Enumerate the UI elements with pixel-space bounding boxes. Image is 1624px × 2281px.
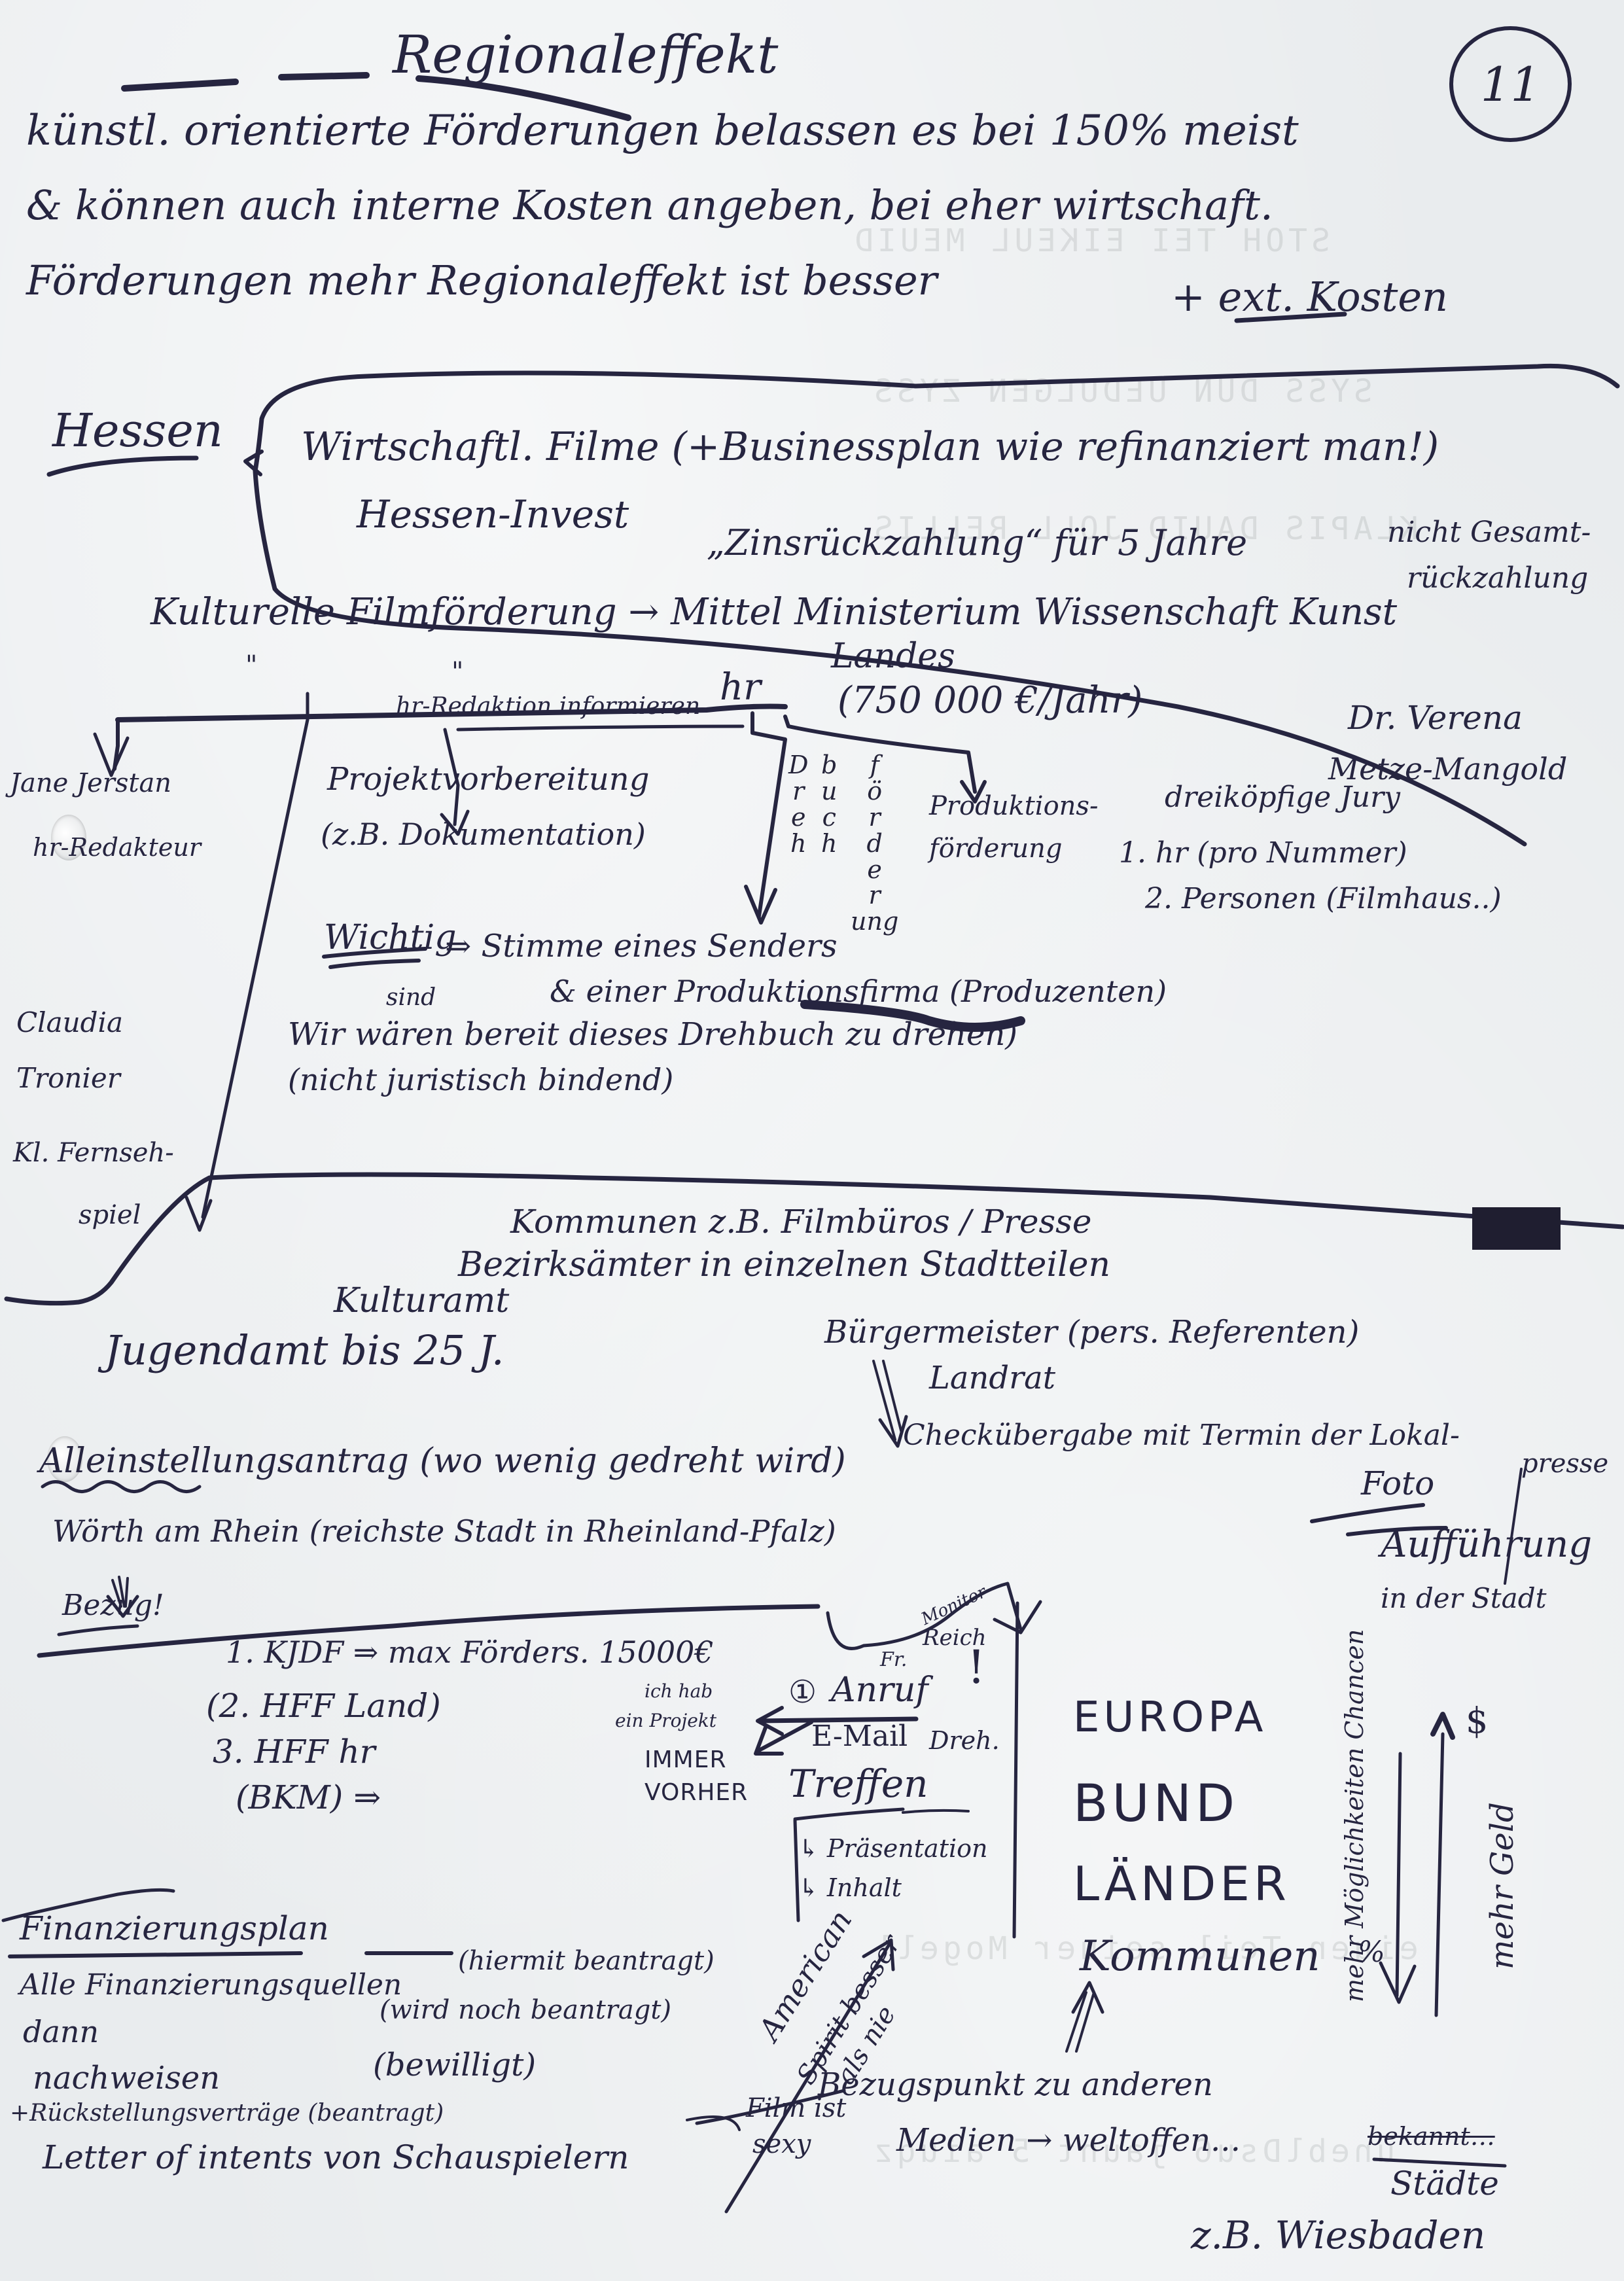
foerder-item-1: 1. KJDF ⇒ max Förders. 15000€: [226, 1636, 714, 1669]
foerder-item-4: (BKM) ⇒: [236, 1780, 381, 1816]
intro-line-2: & können auch interne Kosten angeben, be…: [26, 183, 1273, 228]
email: E-Mail: [811, 1721, 908, 1752]
wiesbaden: z.B. Wiesbaden: [1191, 2215, 1485, 2257]
jugendamt: Jugendamt bis 25 J.: [105, 1328, 504, 1373]
lokalpresse: presse: [1521, 1449, 1608, 1478]
jane-role: hr-Redakteur: [33, 834, 201, 862]
foerder-item-3: 3. HFF hr: [213, 1734, 376, 1770]
level-laender: LÄNDER: [1073, 1858, 1290, 1910]
foerder-item-2: (2. HFF Land): [206, 1688, 441, 1724]
kommunen-line-2: Bezirksämter in einzelnen Stadtteilen: [458, 1247, 1110, 1284]
jane-name: Jane Jerstan: [10, 769, 171, 798]
produktion-foerderung-2: förderung: [929, 834, 1063, 863]
intro-ext-costs: + ext. Kosten: [1171, 275, 1448, 319]
kultur-landes: Landes: [831, 638, 955, 675]
hessen-wirtschaft: Wirtschaftl. Filme (+Businessplan wie re…: [301, 425, 1439, 469]
auffuehrung-1: Aufführung: [1381, 1525, 1592, 1565]
wichtig-line-1: ⇒ Stimme eines Senders: [445, 929, 838, 964]
status-hiermit: (hiermit beantragt): [458, 1947, 715, 1975]
kulturamt: Kulturamt: [334, 1282, 509, 1320]
dollar-icon: $: [1466, 1701, 1488, 1740]
hessen-rueckzahlung: rückzahlung: [1407, 563, 1588, 594]
hessen-invest: Hessen-Invest: [357, 494, 629, 536]
ditto-mark: ": [451, 658, 463, 686]
status-wird-noch: (wird noch beantragt): [380, 1996, 671, 2025]
exclamation: !: [967, 1642, 985, 1693]
hessen-nicht-gesamt: nicht Gesamt-: [1387, 517, 1591, 548]
treffen: Treffen: [788, 1763, 928, 1805]
show-through-text: SYSS DUN UEDULGEN ZYSS: [870, 373, 1373, 410]
kultur-budget: (750 000 €/Jahr): [838, 681, 1142, 721]
level-bund: BUND: [1073, 1777, 1239, 1833]
level-europa: EUROPA: [1073, 1695, 1267, 1741]
wichtig-line-2: & einer Produktionsfirma (Produzenten): [550, 975, 1167, 1008]
jury-member-2: 2. Personen (Filmhaus..): [1145, 883, 1502, 915]
ich-hab-1: ich hab: [644, 1682, 713, 1702]
page-number-circle: 11: [1449, 26, 1572, 142]
claudia-last: Tronier: [16, 1063, 120, 1093]
contact-verena: Dr. Verena: [1348, 700, 1523, 736]
finanz-dann: dann: [23, 2015, 99, 2049]
inhalt: ↳ Inhalt: [798, 1875, 902, 1902]
film-ist-2: sexy: [752, 2130, 811, 2159]
status-bewilligt: (bewilligt): [373, 2048, 536, 2083]
foto: Foto: [1361, 1466, 1434, 1502]
immer: IMMER: [644, 1747, 727, 1773]
intro-line-3: Förderungen mehr Regionaleffekt ist bess…: [26, 258, 937, 303]
staedte: Städte: [1390, 2166, 1499, 2202]
kultur-line: Kulturelle Filmförderung → Mittel Minist…: [150, 592, 1397, 633]
ich-hab-2: ein Projekt: [615, 1711, 716, 1731]
anruf: Anruf: [831, 1672, 928, 1709]
buergermeister: Bürgermeister (pers. Referenten): [824, 1315, 1359, 1350]
scheckuebergabe: Checkübergabe mit Termin der Lokal-: [903, 1420, 1460, 1451]
produktion-foerderung-1: Produktions-: [929, 792, 1098, 821]
medien-weltoffen: Medien → weltoffen...: [896, 2123, 1241, 2158]
percent-sign: %: [1358, 1937, 1385, 1968]
level-kommunen: Kommunen: [1080, 1934, 1320, 1979]
step-one-icon: ①: [788, 1675, 817, 1710]
intro-line-1: künstl. orientierte Förderungen belassen…: [26, 108, 1299, 154]
jury-member-1: 1. hr (pro Nummer): [1119, 838, 1407, 869]
finanz-letter: Letter of intents von Schauspielern: [43, 2140, 629, 2176]
drehbuch-col-3: f ö r d e r ung: [851, 752, 898, 935]
finanz-alle: Alle Finanzierungsquellen: [20, 1970, 402, 2001]
bezugspunkt: Bezugspunkt zu anderen: [818, 2068, 1213, 2102]
finanz-nachweisen: nachweisen: [33, 2061, 220, 2096]
vorher: VORHER: [644, 1780, 748, 1806]
projekt-vorbereitung: Projektvorbereitung: [327, 762, 649, 797]
ditto-mark: ": [245, 651, 257, 680]
finanz-title: Finanzierungsplan: [20, 1911, 329, 1947]
hessen-zins: „Zinsrückzahlung“ für 5 Jahre: [707, 523, 1247, 562]
kl-fernsehspiel-2: spiel: [79, 1201, 141, 1229]
bezug: Bezug!: [62, 1590, 164, 1624]
projekt-beispiel: (z.B. Dokumentation): [321, 818, 646, 851]
finanz-rueckstellung: +Rückstellungsverträge (beantragt): [10, 2100, 444, 2127]
hessen-label: Hessen: [52, 406, 223, 456]
drehbuch-col-2: b u c h: [821, 752, 837, 857]
staedte-scribble: bekannt…: [1368, 2123, 1495, 2151]
drehbuch-col-1: D r e h: [788, 752, 808, 857]
alleinstellungsantrag: Alleinstellungsantrag (wo wenig gedreht …: [39, 1443, 846, 1480]
dreh-label: Dreh.: [929, 1727, 1000, 1755]
claudia-first: Claudia: [16, 1008, 123, 1038]
zitat-line-2: (nicht juristisch bindend): [288, 1063, 673, 1097]
fr-label: Fr.: [880, 1649, 907, 1671]
mehr-geld: mehr Geld: [1485, 1754, 1520, 1970]
landrat: Landrat: [929, 1361, 1055, 1396]
woerth: Wörth am Rhein (reichste Stadt in Rheinl…: [52, 1515, 836, 1548]
page-title: Regionaleffekt: [393, 26, 778, 84]
kommunen-line-1: Kommunen z.B. Filmbüros / Presse: [510, 1204, 1091, 1240]
jury-title: dreiköpfige Jury: [1165, 782, 1400, 813]
auffuehrung-2: in der Stadt: [1381, 1583, 1546, 1614]
page-number: 11: [1481, 57, 1541, 112]
praesentation: ↳ Präsentation: [798, 1835, 987, 1863]
kultur-hr: hr: [720, 667, 761, 708]
hr-redaktion: hr-Redaktion informieren: [396, 694, 700, 720]
kl-fernsehspiel-1: Kl. Fernseh-: [13, 1139, 174, 1167]
zitat-line-1: Wir wären bereit dieses Drehbuch zu dreh…: [288, 1017, 1017, 1052]
wichtig-sind: sind: [386, 985, 436, 1011]
wichtig-label: Wichtig: [324, 919, 457, 957]
